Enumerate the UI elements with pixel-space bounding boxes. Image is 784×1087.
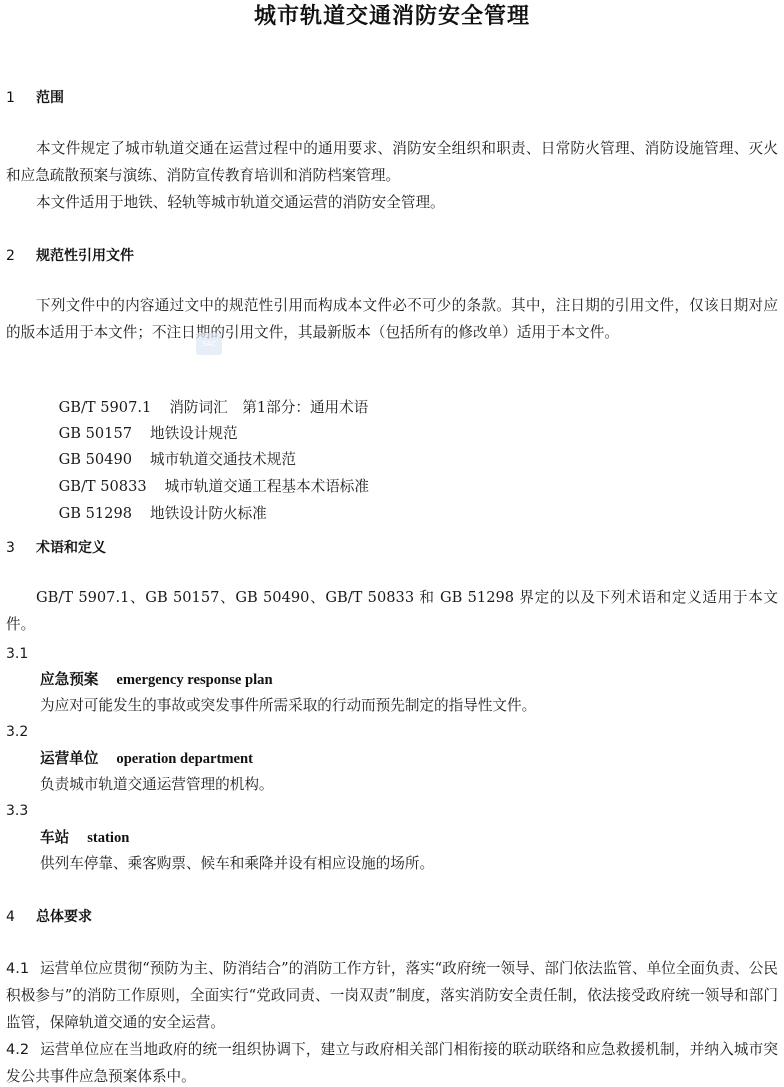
- scope-paragraph-1: 本文件规定了城市轨道交通在运营过程中的通用要求、消防安全组织和职责、日常防火管理…: [6, 135, 778, 189]
- clause-number: 4.1: [6, 955, 40, 982]
- scope-paragraph-2: 本文件适用于地铁、轻轨等城市轨道交通运营的消防安全管理。: [6, 189, 778, 216]
- section-heading-2: 2规范性引用文件: [6, 246, 134, 266]
- term-definition: 供列车停靠、乘客购票、候车和乘降并设有相应设施的场所。: [40, 854, 434, 874]
- clause-text: 运营单位应在当地政府的统一组织协调下，建立与政府相关部门相衔接的联动联络和应急救…: [6, 1041, 778, 1085]
- term-heading: 应急预案emergency response plan: [40, 670, 273, 690]
- term-zh: 运营单位: [40, 750, 98, 767]
- reference-code: GB 51298: [59, 504, 132, 524]
- section-number: 3: [6, 538, 36, 558]
- term-en: station: [87, 830, 129, 846]
- clause-text: 运营单位应贯彻“预防为主、防消结合”的消防工作方针，落实“政府统一领导、部门依法…: [6, 960, 778, 1031]
- term-definition: 负责城市轨道交通运营管理的机构。: [40, 775, 274, 795]
- document-title: 城市轨道交通消防安全管理: [0, 2, 784, 32]
- term-heading: 运营单位operation department: [40, 749, 253, 769]
- term-heading: 车站station: [40, 828, 129, 848]
- term-en: emergency response plan: [116, 672, 272, 688]
- section-title: 范围: [36, 90, 64, 106]
- term-zh: 车站: [40, 829, 69, 846]
- term-en: operation department: [116, 751, 253, 767]
- clause-4-2: 4.2运营单位应在当地政府的统一组织协调下，建立与政府相关部门相衔接的联动联络和…: [6, 1036, 778, 1087]
- term-definition: 为应对可能发生的事故或突发事件所需采取的行动而预先制定的指导性文件。: [40, 696, 536, 716]
- section-number: 4: [6, 907, 36, 927]
- document-page: 城市轨道交通消防安全管理 1范围 本文件规定了城市轨道交通在运营过程中的通用要求…: [0, 0, 784, 1087]
- term-number: 3.2: [6, 722, 28, 742]
- term-zh: 应急预案: [40, 671, 98, 688]
- normative-references-intro: 下列文件中的内容通过文中的规范性引用而构成本文件必不可少的条款。其中，注日期的引…: [6, 292, 778, 346]
- section-heading-1: 1范围: [6, 88, 64, 108]
- section-number: 1: [6, 88, 36, 108]
- terms-intro: GB/T 5907.1、GB 50157、GB 50490、GB/T 50833…: [6, 584, 778, 638]
- term-number: 3.3: [6, 801, 28, 821]
- reference-item: GB 51298地铁设计防火标准: [40, 484, 267, 544]
- reference-title: 地铁设计防火标准: [150, 505, 267, 522]
- clause-number: 4.2: [6, 1036, 40, 1063]
- section-title: 总体要求: [36, 909, 92, 925]
- section-title: 规范性引用文件: [36, 248, 134, 264]
- section-heading-4: 4总体要求: [6, 907, 92, 927]
- section-heading-3: 3术语和定义: [6, 538, 106, 558]
- sac-watermark-logo: SAC: [196, 333, 222, 355]
- term-number: 3.1: [6, 644, 28, 664]
- section-title: 术语和定义: [36, 540, 106, 556]
- section-number: 2: [6, 246, 36, 266]
- clause-4-1: 4.1运营单位应贯彻“预防为主、防消结合”的消防工作方针，落实“政府统一领导、部…: [6, 955, 778, 1036]
